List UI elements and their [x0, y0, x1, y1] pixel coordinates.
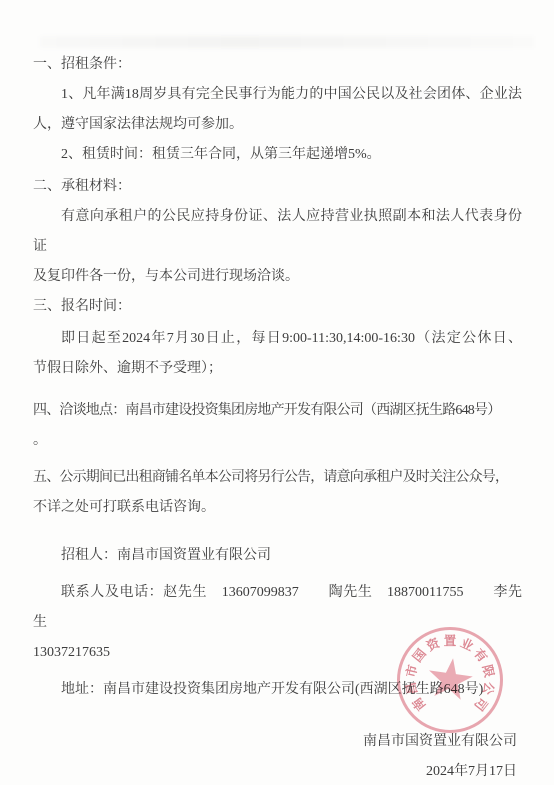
text-line: 2、租赁时间：租赁三年合同，从第三年起递增5%。	[33, 140, 522, 170]
phone-line: 13037217635	[33, 638, 522, 668]
section-heading-3: 三、报名时间：	[33, 292, 522, 322]
text-line: 人，遵守国家法律法规均可参加。	[33, 110, 522, 140]
text-line: 即日起至2024年7月30日止，每日9:00-11:30,14:00-16:30…	[33, 324, 522, 354]
signature-date-line: 2024年7月17日	[33, 757, 517, 785]
text-line: 。	[33, 426, 522, 456]
document-body: 一、招租条件： 1、凡年满18周岁具有完全民事行为能力的中国公民以及社会团体、企…	[33, 50, 522, 785]
signature-company-line: 南昌市国资置业有限公司	[33, 727, 517, 757]
section-heading-2: 二、承租材料：	[33, 172, 522, 202]
section-heading-4: 四、洽谈地点：南昌市建设投资集团房地产开发有限公司（西湖区抚生路648号）	[33, 396, 522, 426]
document-page: 一、招租条件： 1、凡年满18周岁具有完全民事行为能力的中国公民以及社会团体、企…	[0, 0, 554, 785]
text-line: 1、凡年满18周岁具有完全民事行为能力的中国公民以及社会团体、企业法	[33, 80, 522, 110]
section-heading-5: 五、公示期间已出租商铺名单本公司将另行公告，请意向承租户及时关注公众号，	[33, 463, 522, 493]
text-line: 及复印件各一份，与本公司进行现场洽谈。	[33, 262, 522, 292]
scan-artifact	[40, 36, 534, 48]
text-line: 节假日除外、逾期不予受理）；	[33, 354, 522, 384]
lessor-line: 招租人：南昌市国资置业有限公司	[33, 541, 522, 571]
signature-block: 南昌市国资置业有限公司 2024年7月17日	[33, 727, 522, 785]
section-heading-1: 一、招租条件：	[33, 50, 522, 80]
address-line: 地址：南昌市建设投资集团房地产开发有限公司(西湖区抚生路648号)	[33, 675, 522, 705]
text-line: 有意向承租户的公民应持身份证、法人应持营业执照副本和法人代表身份证	[33, 202, 522, 262]
contacts-line: 联系人及电话：赵先生 13607099837 陶先生 18870011755 李…	[33, 578, 522, 638]
text-line: 不详之处可打联系电话咨询。	[33, 493, 522, 523]
